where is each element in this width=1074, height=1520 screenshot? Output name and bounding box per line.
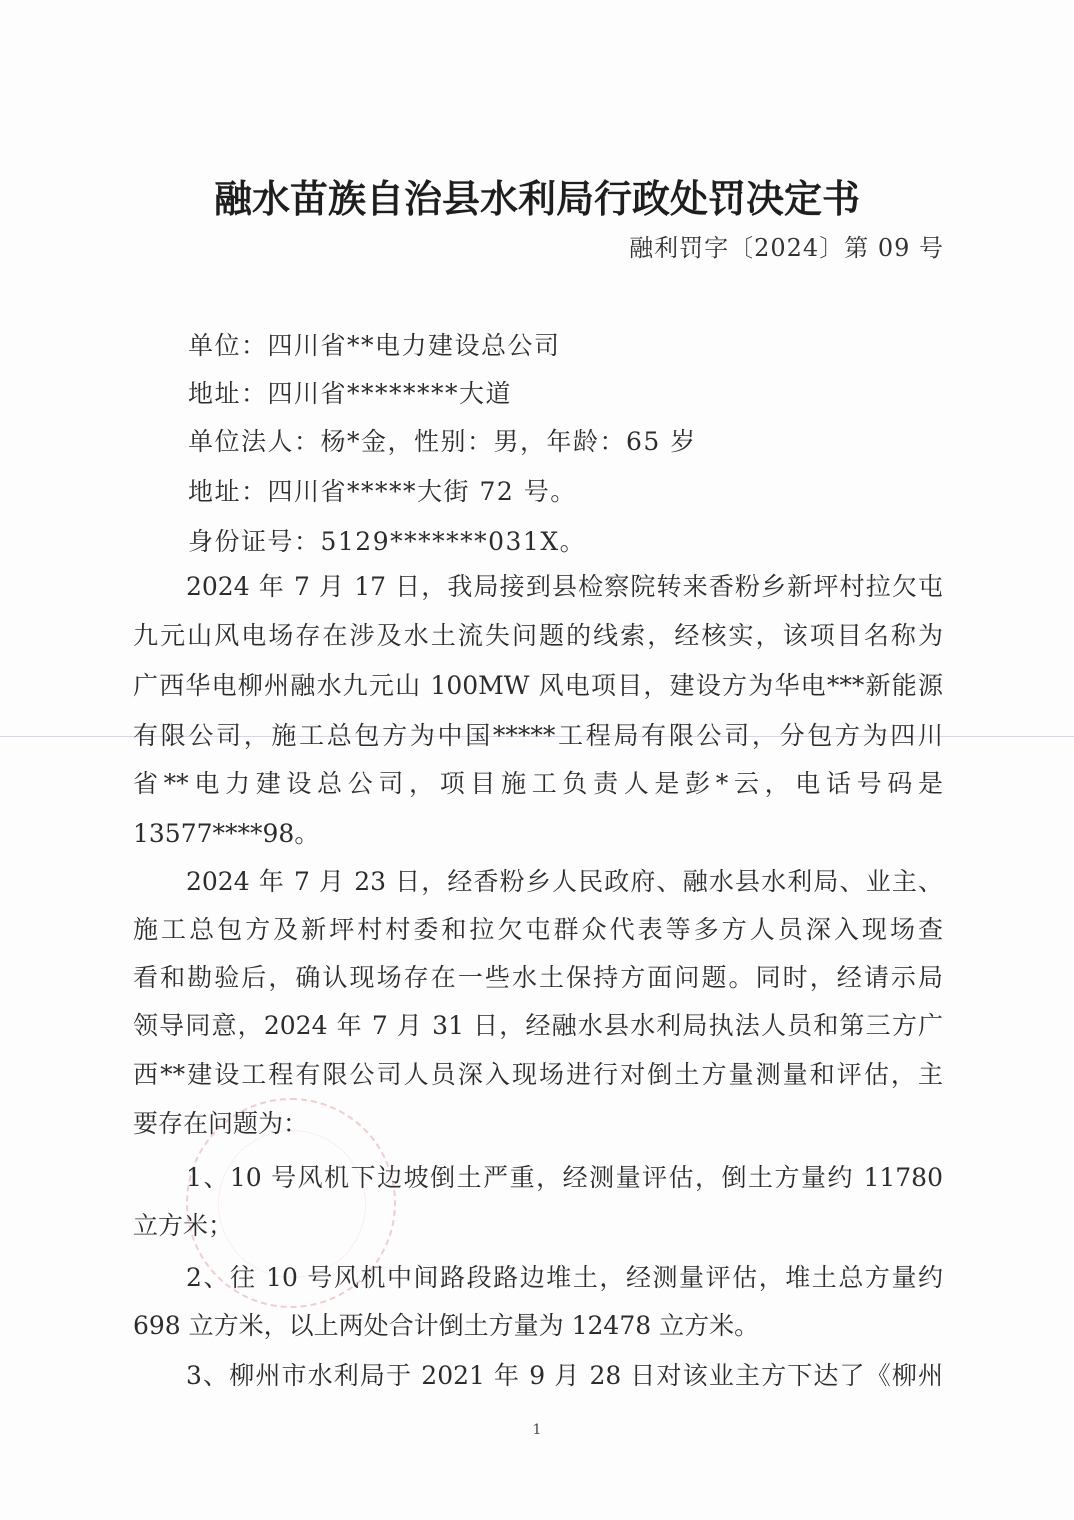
paragraph-2-line-6: 要存在问题为：: [133, 1104, 943, 1140]
item-2-line-1: 2、往 10 号风机中间路段路边堆土，经测量评估，堆土总方量约: [186, 1258, 943, 1294]
paragraph-2-line-5: 西**建设工程有限公司人员深入现场进行对倒土方量测量和评估，主: [133, 1055, 943, 1091]
paragraph-1-line-4: 有限公司，施工总包方为中国*****工程局有限公司，分包方为四川: [133, 716, 943, 752]
item-2-line-2: 698 立方米，以上两处合计倒土方量为 12478 立方米。: [133, 1306, 943, 1342]
paragraph-1-line-1: 2024 年 7 月 17 日，我局接到县检察院转来香粉乡新坪村拉欠屯: [186, 567, 943, 603]
document-page: 融水苗族自治县水利局行政处罚决定书 融利罚字〔2024〕第 09 号 单位：四川…: [0, 0, 1074, 1520]
paragraph-2-line-2: 施工总包方及新坪村村委和拉欠屯群众代表等多方人员深入现场查: [133, 910, 943, 946]
paragraph-1-line-5: 省**电力建设总公司，项目施工负责人是彭*云，电话号码是: [133, 764, 943, 800]
party-unit-address: 地址：四川省********大道: [188, 374, 512, 410]
paragraph-2-line-3: 看和勘验后，确认现场存在一些水土保持方面问题。同时，经请示局: [133, 958, 943, 994]
item-1-line-1: 1、10 号风机下边坡倒土严重，经测量评估，倒土方量约 11780: [186, 1158, 943, 1194]
paragraph-1-line-6: 13577****98。: [133, 814, 943, 850]
paragraph-2-line-4: 领导同意，2024 年 7 月 31 日，经融水县水利局执法人员和第三方广: [133, 1006, 943, 1042]
party-unit: 单位：四川省**电力建设总公司: [188, 326, 561, 362]
item-1-line-2: 立方米；: [133, 1206, 943, 1242]
document-title: 融水苗族自治县水利局行政处罚决定书: [0, 168, 1074, 223]
document-number: 融利罚字〔2024〕第 09 号: [629, 228, 944, 263]
item-3-line-1: 3、柳州市水利局于 2021 年 9 月 28 日对该业主方下达了《柳州: [186, 1356, 943, 1392]
page-number: 1: [0, 1422, 1074, 1438]
paragraph-1-line-2: 九元山风电场存在涉及水土流失问题的线索，经核实，该项目名称为: [133, 616, 943, 652]
paragraph-1-line-3: 广西华电柳州融水九元山 100MW 风电项目，建设方为华电***新能源: [133, 666, 943, 702]
party-id-number: 身份证号：5129*******031X。: [188, 522, 586, 558]
paragraph-2-line-1: 2024 年 7 月 23 日，经香粉乡人民政府、融水县水利局、业主、: [186, 862, 943, 898]
official-seal-inner-ring: [218, 1130, 366, 1278]
party-representative-address: 地址：四川省*****大街 72 号。: [188, 472, 577, 508]
party-legal-representative: 单位法人：杨*金，性别：男，年龄：65 岁: [188, 422, 697, 458]
